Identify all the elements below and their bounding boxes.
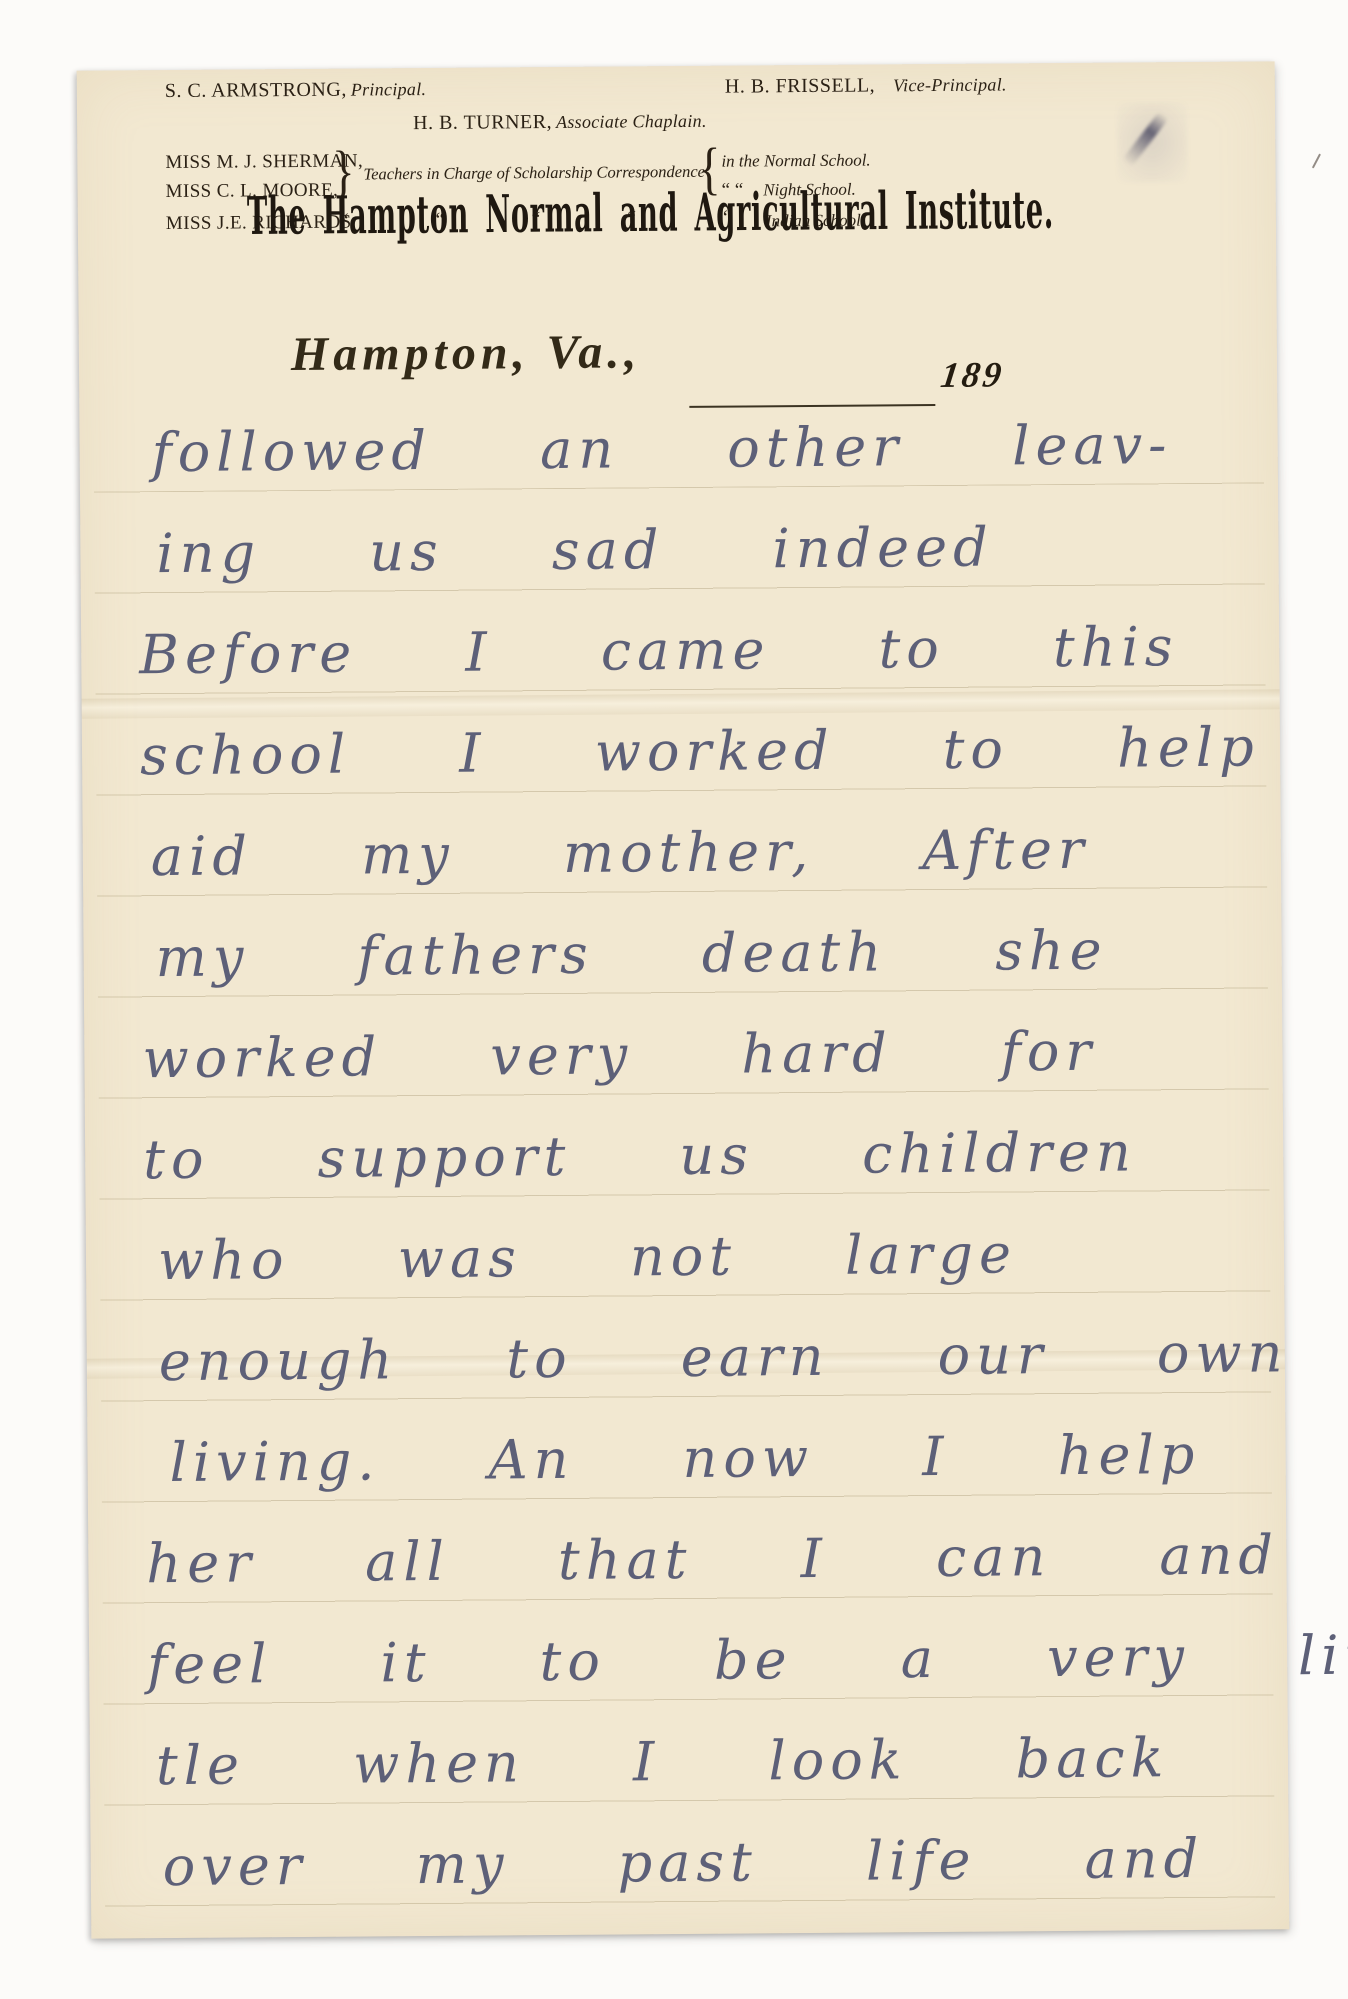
- vice-principal-name: H. B. FRISSELL,: [725, 74, 875, 97]
- handwritten-line: feel it to be a very lit-: [147, 1604, 1348, 1715]
- principal-line: S. C. ARMSTRONG, Principal.: [165, 78, 427, 103]
- handwritten-line: tle when I look back: [148, 1705, 1348, 1816]
- handwritten-line: who was not large: [144, 1200, 1348, 1311]
- chaplain-name: H. B. TURNER,: [413, 111, 552, 134]
- chaplain-title: Associate Chaplain.: [556, 111, 707, 132]
- handwritten-line: school I worked to help: [140, 695, 1348, 806]
- handwritten-line: her all that I can and: [146, 1503, 1348, 1614]
- handwritten-line: enough to earn our own: [144, 1301, 1348, 1412]
- school-normal: in the Normal School.: [721, 151, 870, 172]
- institute-title: The Hampton Normal and Agricultural Inst…: [247, 182, 799, 247]
- handwritten-line: Before I came to this: [139, 594, 1348, 705]
- vice-principal-title: Vice-Principal.: [893, 74, 1007, 95]
- handwritten-line: living. An now I help: [145, 1402, 1348, 1513]
- dateline-year: 189: [938, 353, 1007, 396]
- paper-sheet: S. C. ARMSTRONG, Principal. H. B. FRISSE…: [77, 61, 1290, 1938]
- principal-title: Principal.: [351, 79, 427, 100]
- scan-background: S. C. ARMSTRONG, Principal. H. B. FRISSE…: [0, 0, 1348, 1999]
- chaplain-line: H. B. TURNER, Associate Chaplain.: [413, 110, 707, 135]
- handwritten-line: to support us children: [143, 1099, 1348, 1210]
- staff-middle-text: Teachers in Charge of Scholarship Corres…: [363, 162, 705, 185]
- handwritten-line: over my past life and: [148, 1806, 1348, 1917]
- handwritten-line: aid my mother, After: [140, 796, 1348, 907]
- handwritten-line: my fathers death she: [141, 897, 1348, 1008]
- handwritten-body: followed an other leav- ing us sad indee…: [137, 392, 1348, 1917]
- principal-name: S. C. ARMSTRONG,: [165, 79, 347, 102]
- handwritten-line: worked very hard for: [142, 998, 1348, 1109]
- handwritten-line: ing us sad indeed: [138, 493, 1348, 604]
- vice-principal-line: H. B. FRISSELL, Vice-Principal.: [725, 73, 1007, 98]
- dateline-place: Hampton, Va.,: [291, 324, 642, 382]
- stray-pen-mark: [1312, 153, 1321, 168]
- ink-smudge-halo: [1117, 102, 1188, 183]
- handwritten-line: followed an other leav-: [137, 392, 1348, 503]
